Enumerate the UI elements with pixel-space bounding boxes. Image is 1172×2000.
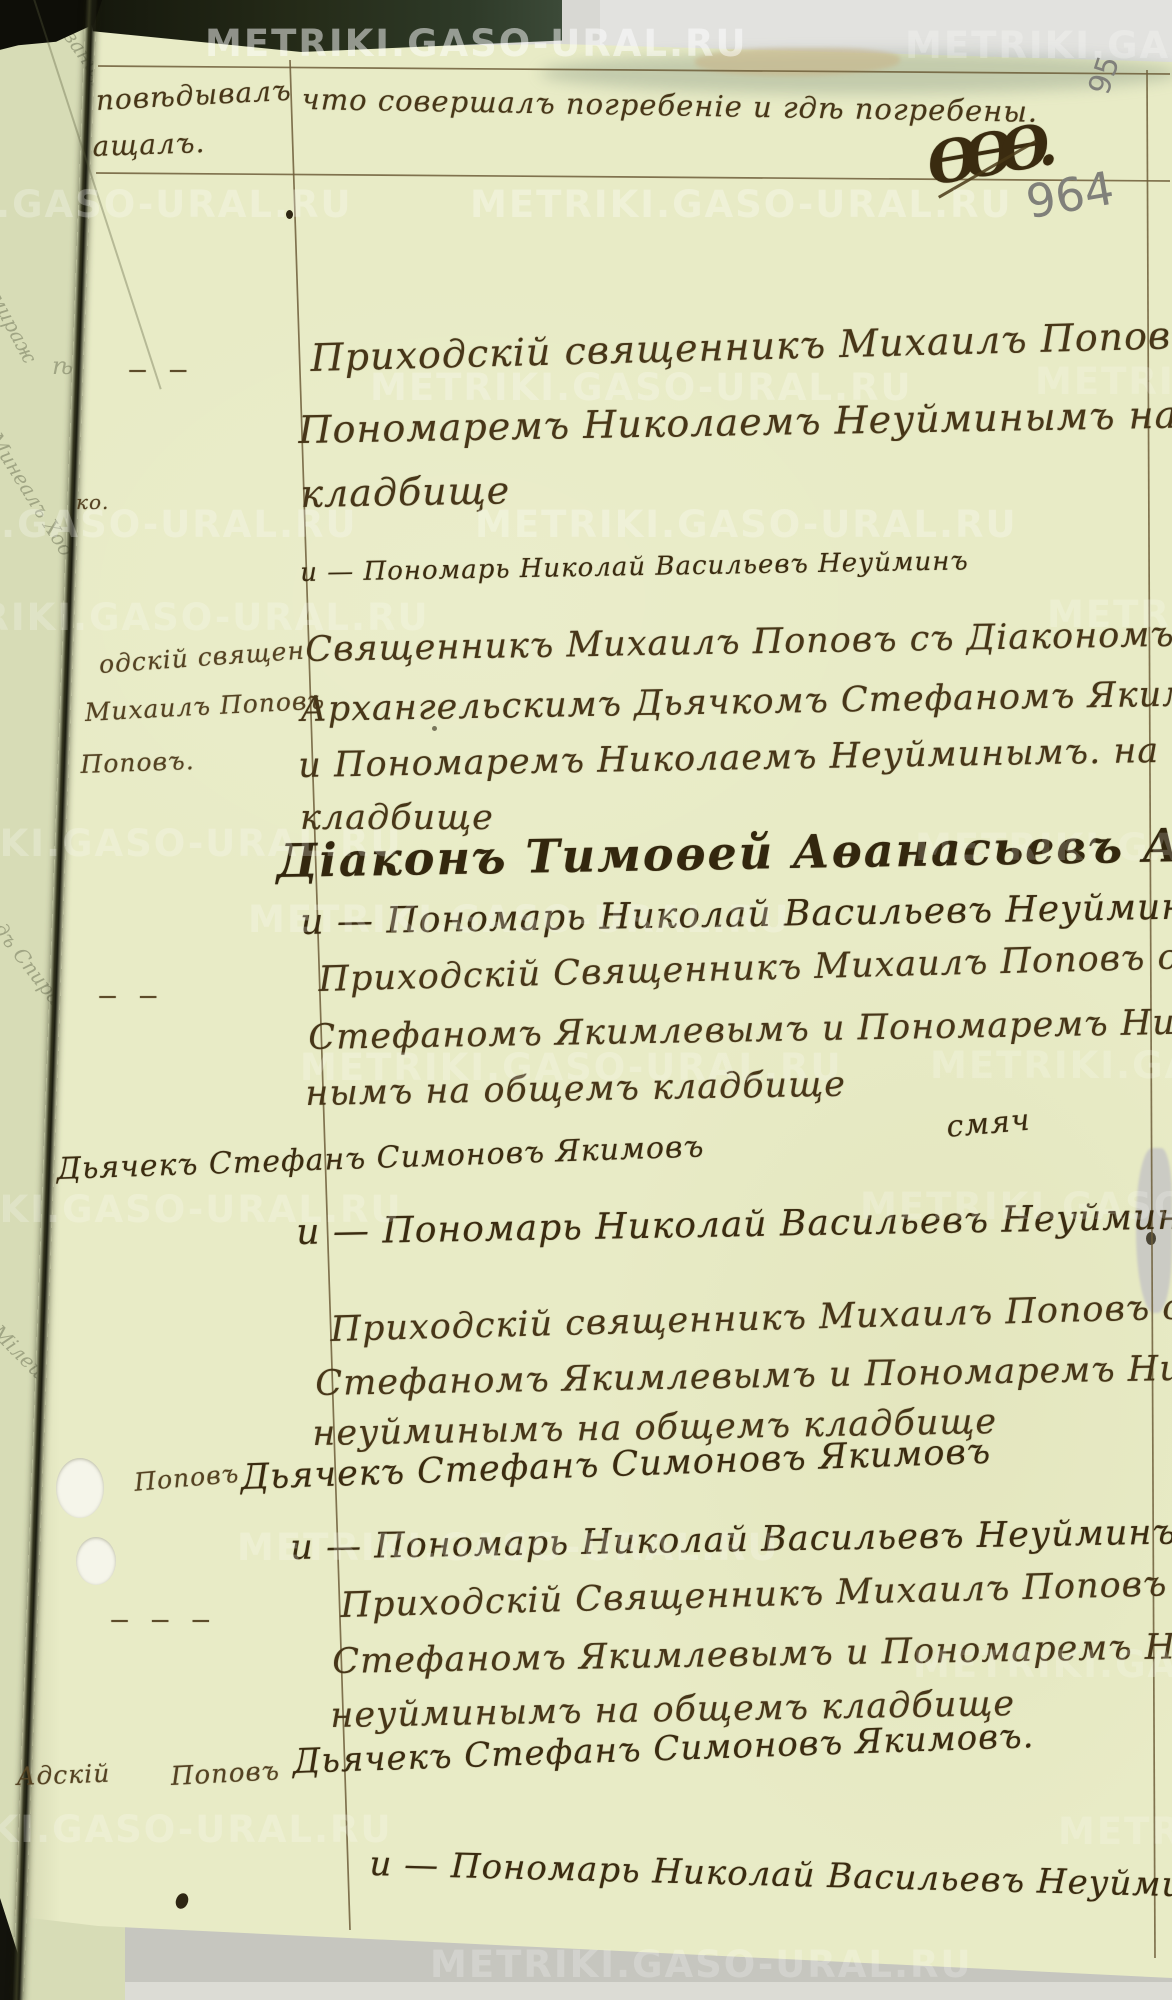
margin-dashes: ‒ ‒	[98, 978, 164, 1013]
header-left-column-line2: ащалъ.	[92, 126, 206, 163]
entry-5-margin-word-1: Адскій	[16, 1759, 111, 1791]
entry-2-margin-line-3: Поповъ.	[80, 746, 195, 779]
metrical-book-scan: срезанщу мираж Минеалъ Ход радъ Спира Св…	[0, 0, 1172, 2000]
margin-dashes: ‒ ‒ ‒	[110, 1602, 216, 1637]
margin-mark: ко.	[76, 490, 109, 514]
margin-ghost-mark: ѣ	[52, 352, 73, 380]
entry-1-line-3: кладбище	[300, 468, 511, 516]
entry-5-margin-word-2: Поповъ	[170, 1756, 281, 1792]
margin-dashes: ‒ ‒	[128, 352, 194, 387]
ink-margin-note: смяч	[945, 1103, 1032, 1145]
